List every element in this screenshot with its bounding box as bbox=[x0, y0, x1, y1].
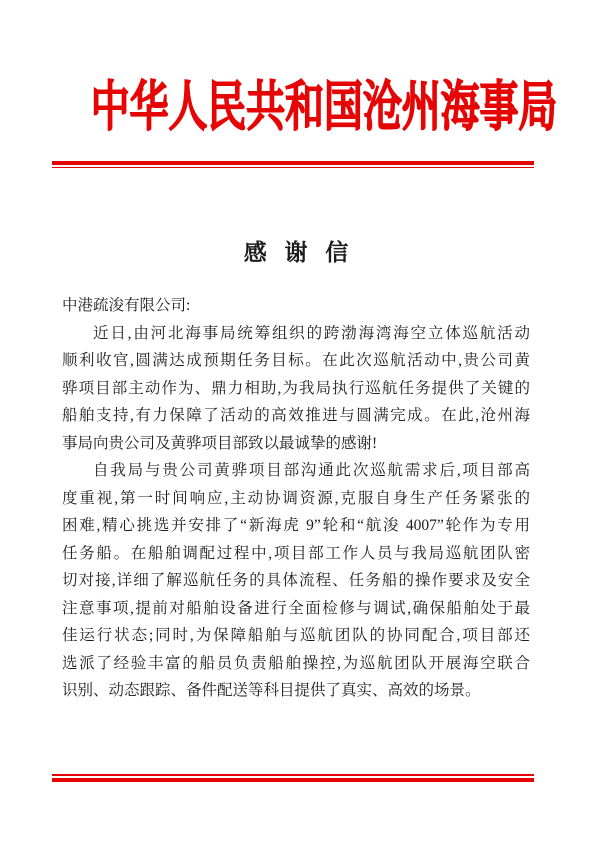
letterhead-org-name: 中华人民共和国沧州海事局 bbox=[91, 74, 558, 142]
body-line: 识别、动态跟踪、备件配送等科目提供了真实、高效的场景。 bbox=[62, 677, 530, 705]
body-line: 事局向贵公司及黄骅项目部致以最诚挚的感谢! bbox=[62, 430, 530, 458]
body-line: 切对接,详细了解巡航任务的具体流程、任务船的操作要求及安全 bbox=[62, 567, 530, 595]
body-line: 佳运行状态;同时,为保障船舶与巡航团队的协同配合,项目部还 bbox=[62, 622, 530, 650]
body-line: 船舶支持,有力保障了活动的高效推进与圆满完成。在此,沧州海 bbox=[62, 402, 530, 430]
footer-divider bbox=[52, 774, 534, 782]
document-title: 感 谢 信 bbox=[0, 234, 592, 267]
body-line: 任务船。在船舶调配过程中,项目部工作人员与我局巡航团队密 bbox=[62, 540, 530, 568]
letter-page: 中华人民共和国沧州海事局 感 谢 信 中港疏浚有限公司: 近日,由河北海事局统筹… bbox=[0, 0, 592, 842]
body-line: 度重视,第一时间响应,主动协调资源,克服自身生产任务紧张的 bbox=[62, 485, 530, 513]
body-line: 近日,由河北海事局统筹组织的跨渤海湾海空立体巡航活动 bbox=[62, 320, 530, 348]
letterhead-divider bbox=[52, 161, 534, 168]
salutation-line: 中港疏浚有限公司: bbox=[62, 292, 530, 320]
body-line: 困难,精心挑选并安排了“新海虎 9”轮和“航浚 4007”轮作为专用 bbox=[62, 512, 530, 540]
divider-thin-rule bbox=[52, 167, 534, 169]
body-line: 顺利收官,圆满达成预期任务目标。在此次巡航活动中,贵公司黄 bbox=[62, 347, 530, 375]
letter-body: 中港疏浚有限公司: 近日,由河北海事局统筹组织的跨渤海湾海空立体巡航活动 顺利收… bbox=[62, 292, 530, 705]
letterhead: 中华人民共和国沧州海事局 bbox=[0, 74, 592, 142]
divider-thick-rule bbox=[52, 778, 534, 782]
body-line: 自我局与贵公司黄骅项目部沟通此次巡航需求后,项目部高 bbox=[62, 457, 530, 485]
body-line: 注意事项,提前对船舶设备进行全面检修与调试,确保船舶处于最 bbox=[62, 595, 530, 623]
body-line: 选派了经验丰富的船员负责船舶操控,为巡航团队开展海空联合 bbox=[62, 650, 530, 678]
body-line: 骅项目部主动作为、鼎力相助,为我局执行巡航任务提供了关键的 bbox=[62, 375, 530, 403]
